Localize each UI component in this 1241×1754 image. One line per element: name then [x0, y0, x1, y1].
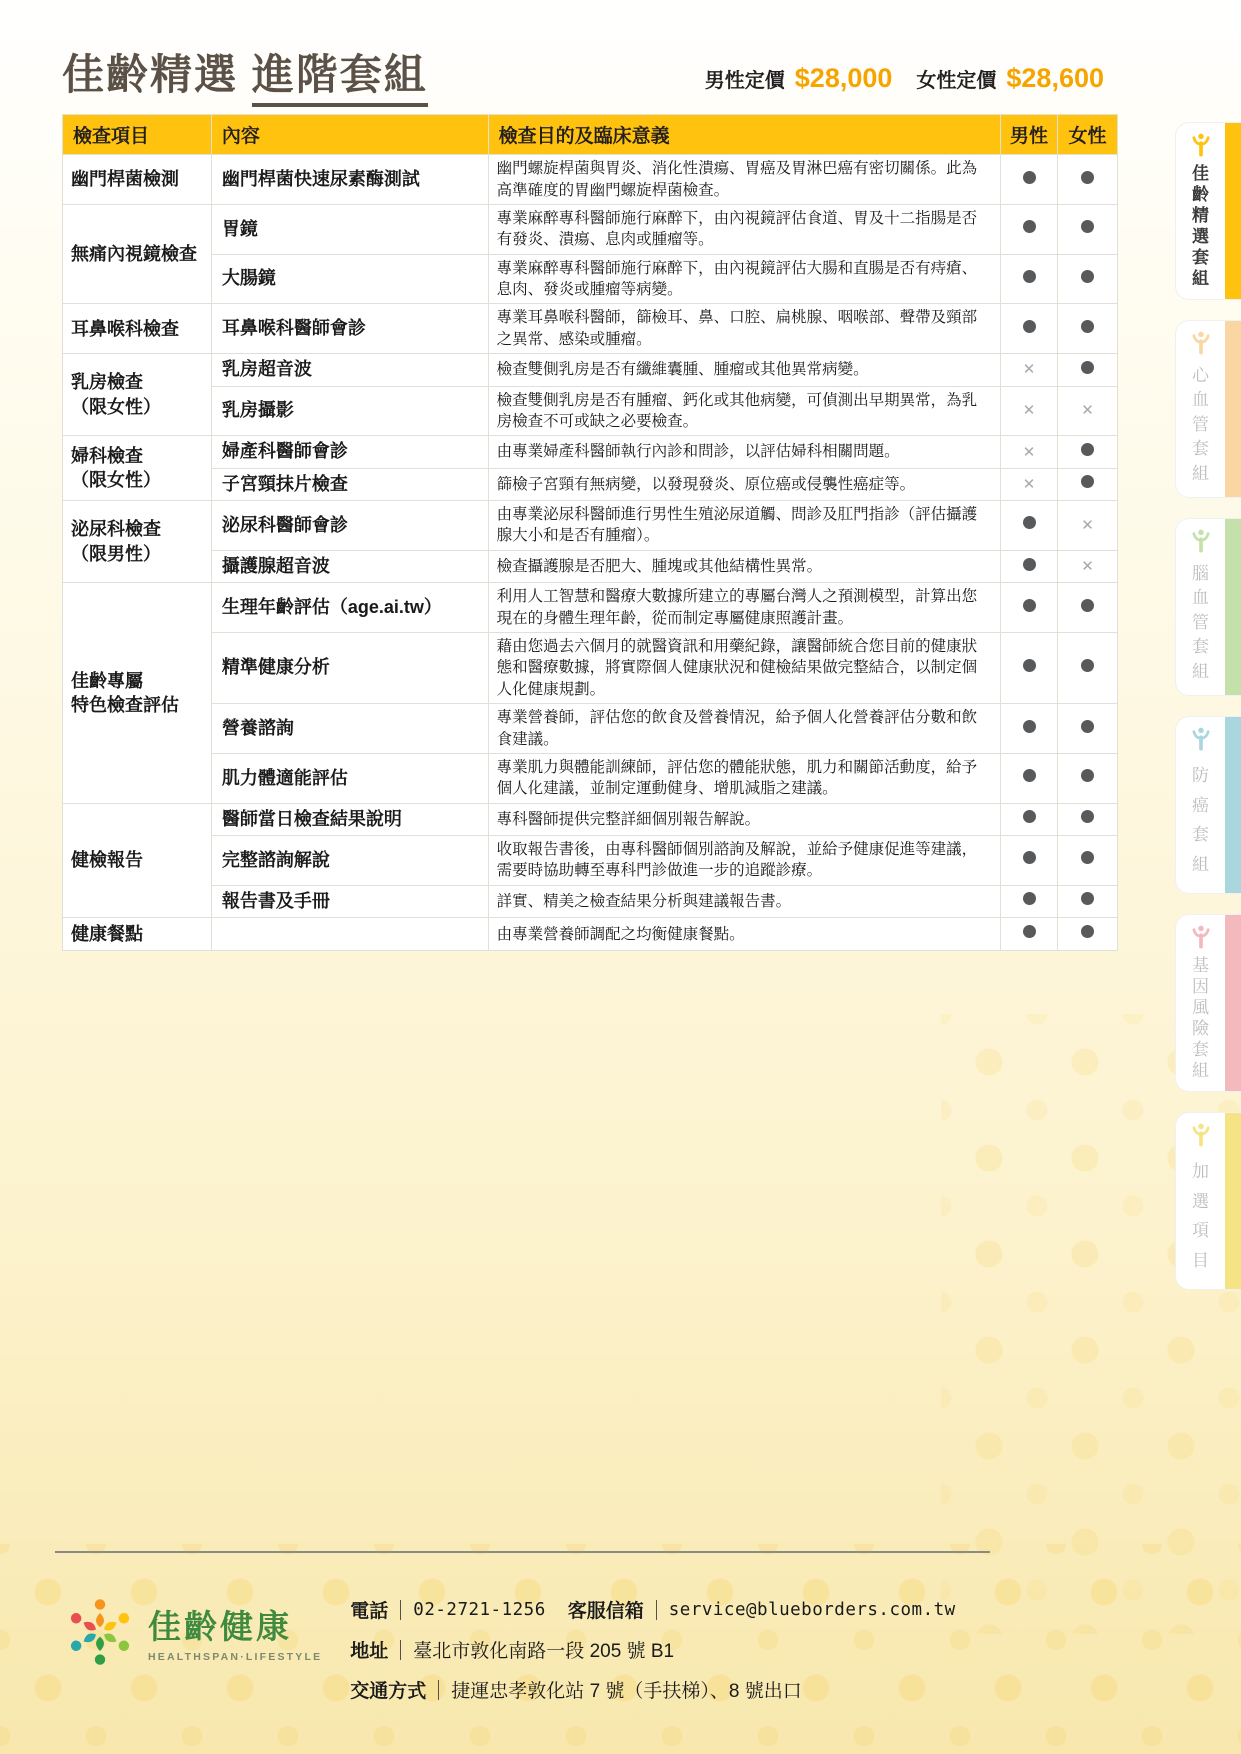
- item-name-cell: 精準健康分析: [211, 633, 488, 704]
- excluded-x-icon: ✕: [1081, 402, 1094, 419]
- item-desc-cell: 專業營養師，評估您的飲食及營養情況，給予個人化營養評估分數和飲食建議。: [488, 704, 1000, 754]
- included-dot-icon: [1023, 220, 1036, 233]
- sidebar-tab-2[interactable]: 心血管套組: [1175, 320, 1241, 498]
- item-name-cell: [211, 918, 488, 951]
- male-price-label: 男性定價: [705, 64, 785, 93]
- female-mark-cell: [1058, 304, 1118, 354]
- table-row: 子宮頸抹片檢查篩檢子宮頸有無病變，以發現發炎、原位癌或侵襲性癌症等。✕: [63, 468, 1118, 500]
- included-dot-icon: [1023, 892, 1036, 905]
- included-dot-icon: [1081, 475, 1094, 488]
- item-name-cell: 肌力體適能評估: [211, 753, 488, 803]
- item-desc-cell: 篩檢子宮頸有無病變，以發現發炎、原位癌或侵襲性癌症等。: [488, 468, 1000, 500]
- person-icon: [1190, 925, 1212, 949]
- female-mark-cell: [1058, 633, 1118, 704]
- tab-accent-bar: [1225, 123, 1241, 299]
- female-mark-cell: [1058, 704, 1118, 754]
- item-desc-cell: 幽門螺旋桿菌與胃炎、消化性潰瘍、胃癌及胃淋巴癌有密切關係。此為高準確度的胃幽門螺…: [488, 155, 1000, 205]
- table-row: 肌力體適能評估專業肌力與體能訓練師，評估您的體能狀態，肌力和關節活動度，給予個人…: [63, 753, 1118, 803]
- table-row: 報告書及手冊詳實、精美之檢查結果分析與建議報告書。: [63, 885, 1118, 917]
- female-mark-cell: ✕: [1058, 386, 1118, 436]
- email-label: 客服信箱: [568, 1596, 644, 1623]
- item-desc-cell: 檢查雙側乳房是否有纖維囊腫、腫瘤或其他異常病變。: [488, 354, 1000, 386]
- excluded-x-icon: ✕: [1081, 558, 1094, 575]
- included-dot-icon: [1081, 810, 1094, 823]
- item-desc-cell: 由專業婦產科醫師執行內診和問診，以評估婦科相關問題。: [488, 436, 1000, 468]
- page-header: 佳齡精選 進階套組 男性定價 $28,000 女性定價 $28,600: [62, 52, 1118, 98]
- item-name-cell: 婦產科醫師會診: [211, 436, 488, 468]
- table-header-row: 檢查項目 內容 檢查目的及臨床意義 男性 女性: [63, 115, 1118, 155]
- item-desc-cell: 檢查雙側乳房是否有腫瘤、鈣化或其他病變，可偵測出早期異常，為乳房檢查不可或缺之必…: [488, 386, 1000, 436]
- item-desc-cell: 詳實、精美之檢查結果分析與建議報告書。: [488, 885, 1000, 917]
- people-circle-icon: [62, 1594, 138, 1670]
- item-desc-cell: 專業麻醉專科醫師施行麻醉下，由內視鏡評估大腸和直腸是否有痔瘡、息肉、發炎或腫瘤等…: [488, 254, 1000, 304]
- included-dot-icon: [1023, 659, 1036, 672]
- category-cell: 耳鼻喉科檢查: [63, 304, 212, 354]
- item-name-cell: 營養諮詢: [211, 704, 488, 754]
- female-mark-cell: ✕: [1058, 501, 1118, 551]
- table-row: 攝護腺超音波檢查攝護腺是否肥大、腫塊或其他結構性異常。✕: [63, 550, 1118, 582]
- item-name-cell: 醫師當日檢查結果說明: [211, 803, 488, 835]
- item-name-cell: 耳鼻喉科醫師會診: [211, 304, 488, 354]
- tab-accent-bar: [1225, 915, 1241, 1091]
- contact-phone-line: 電話 02-2721-1256 客服信箱 service@blueborders…: [350, 1596, 955, 1623]
- item-name-cell: 報告書及手冊: [211, 885, 488, 917]
- sidebar-tab-1[interactable]: 佳齡精選套組: [1175, 122, 1241, 300]
- tab-card: 腦血管套組: [1176, 519, 1225, 695]
- item-desc-cell: 藉由您過去六個月的就醫資訊和用藥紀錄，讓醫師統合您目前的健康狀態和醫療數據，將實…: [488, 633, 1000, 704]
- contact-address-line: 地址 臺北市敦化南路一段 205 號 B1: [350, 1636, 955, 1663]
- female-mark-cell: [1058, 354, 1118, 386]
- contact-info: 電話 02-2721-1256 客服信箱 service@blueborders…: [350, 1594, 955, 1703]
- item-name-cell: 泌尿科醫師會診: [211, 501, 488, 551]
- excluded-x-icon: ✕: [1081, 517, 1094, 534]
- male-mark-cell: [1001, 704, 1058, 754]
- male-mark-cell: [1001, 304, 1058, 354]
- table-row: 婦科檢查 （限女性）婦產科醫師會診由專業婦產科醫師執行內診和問診，以評估婦科相關…: [63, 436, 1118, 468]
- divider: [438, 1680, 439, 1700]
- person-icon: [1190, 133, 1212, 157]
- male-mark-cell: [1001, 918, 1058, 951]
- tab-card: 佳齡精選套組: [1176, 123, 1225, 299]
- tab-label: 佳齡精選套組: [1192, 161, 1209, 291]
- item-name-cell: 完整諮詢解說: [211, 836, 488, 886]
- included-dot-icon: [1023, 558, 1036, 571]
- tab-accent-bar: [1225, 519, 1241, 695]
- table-row: 健康餐點由專業營養師調配之均衡健康餐點。: [63, 918, 1118, 951]
- item-desc-cell: 專科醫師提供完整詳細個別報告解說。: [488, 803, 1000, 835]
- sidebar-tab-4[interactable]: 防癌套組: [1175, 716, 1241, 894]
- col-header-female: 女性: [1058, 115, 1118, 155]
- email-address[interactable]: service@blueborders.com.tw: [669, 1600, 956, 1620]
- included-dot-icon: [1023, 320, 1036, 333]
- tab-card: 心血管套組: [1176, 321, 1225, 497]
- table-row: 佳齡專屬 特色檢查評估生理年齡評估（age.ai.tw）利用人工智慧和醫療大數據…: [63, 583, 1118, 633]
- item-name-cell: 子宮頸抹片檢查: [211, 468, 488, 500]
- tab-label: 基因風險套組: [1192, 953, 1209, 1083]
- included-dot-icon: [1081, 659, 1094, 672]
- col-header-purpose: 檢查目的及臨床意義: [488, 115, 1000, 155]
- female-mark-cell: [1058, 753, 1118, 803]
- included-dot-icon: [1081, 270, 1094, 283]
- male-mark-cell: ✕: [1001, 354, 1058, 386]
- price-block: 男性定價 $28,000 女性定價 $28,600: [705, 63, 1118, 98]
- person-icon: [1190, 1123, 1212, 1147]
- category-cell: 乳房檢查 （限女性）: [63, 354, 212, 436]
- table-row: 精準健康分析藉由您過去六個月的就醫資訊和用藥紀錄，讓醫師統合您目前的健康狀態和醫…: [63, 633, 1118, 704]
- category-cell: 幽門桿菌檢測: [63, 155, 212, 205]
- divider: [400, 1600, 401, 1620]
- included-dot-icon: [1023, 769, 1036, 782]
- address-value: 臺北市敦化南路一段 205 號 B1: [413, 1636, 674, 1663]
- footer-divider: [55, 1551, 990, 1553]
- male-mark-cell: [1001, 155, 1058, 205]
- included-dot-icon: [1081, 892, 1094, 905]
- item-name-cell: 生理年齡評估（age.ai.tw）: [211, 583, 488, 633]
- page-title: 佳齡精選 進階套組: [62, 52, 428, 98]
- category-cell: 健康餐點: [63, 918, 212, 951]
- tab-accent-bar: [1225, 1113, 1241, 1289]
- col-header-content: 內容: [211, 115, 488, 155]
- female-mark-cell: [1058, 254, 1118, 304]
- footer: 佳齡健康 HEALTHSPAN·LIFESTYLE 電話 02-2721-125…: [62, 1594, 1062, 1703]
- included-dot-icon: [1081, 361, 1094, 374]
- sidebar: 佳齡精選套組 心血管套組 腦血管套組 防癌套組 基因風險套組 加選項目: [1175, 122, 1241, 1290]
- male-mark-cell: [1001, 803, 1058, 835]
- included-dot-icon: [1081, 320, 1094, 333]
- table-row: 完整諮詢解說收取報告書後，由專科醫師個別諮詢及解說，並給予健康促進等建議，需要時…: [63, 836, 1118, 886]
- male-mark-cell: [1001, 204, 1058, 254]
- female-mark-cell: [1058, 583, 1118, 633]
- female-price-label: 女性定價: [916, 64, 996, 93]
- brochure-page: 佳齡精選 進階套組 男性定價 $28,000 女性定價 $28,600 檢查項目…: [0, 0, 1241, 1754]
- male-mark-cell: [1001, 550, 1058, 582]
- male-price-value: $28,000: [795, 63, 893, 94]
- excluded-x-icon: ✕: [1023, 476, 1036, 493]
- transport-label: 交通方式: [350, 1676, 426, 1703]
- phone-label: 電話: [350, 1596, 388, 1623]
- female-mark-cell: [1058, 803, 1118, 835]
- sidebar-tab-5[interactable]: 基因風險套組: [1175, 914, 1241, 1092]
- item-desc-cell: 收取報告書後，由專科醫師個別諮詢及解說，並給予健康促進等建議，需要時協助轉至專科…: [488, 836, 1000, 886]
- item-desc-cell: 檢查攝護腺是否肥大、腫塊或其他結構性異常。: [488, 550, 1000, 582]
- included-dot-icon: [1081, 925, 1094, 938]
- tab-accent-bar: [1225, 717, 1241, 893]
- table-row: 大腸鏡專業麻醉專科醫師施行麻醉下，由內視鏡評估大腸和直腸是否有痔瘡、息肉、發炎或…: [63, 254, 1118, 304]
- table-row: 無痛內視鏡檢查胃鏡專業麻醉專科醫師施行麻醉下，由內視鏡評估食道、胃及十二指腸是否…: [63, 204, 1118, 254]
- divider: [656, 1600, 657, 1620]
- table-row: 乳房檢查 （限女性）乳房超音波檢查雙側乳房是否有纖維囊腫、腫瘤或其他異常病變。✕: [63, 354, 1118, 386]
- item-name-cell: 胃鏡: [211, 204, 488, 254]
- tab-label: 加選項目: [1192, 1151, 1209, 1281]
- item-desc-cell: 專業麻醉專科醫師施行麻醉下，由內視鏡評估食道、胃及十二指腸是否有發炎、潰瘍、息肉…: [488, 204, 1000, 254]
- included-dot-icon: [1023, 516, 1036, 529]
- tab-label: 腦血管套組: [1192, 557, 1209, 687]
- brand-logo: 佳齡健康 HEALTHSPAN·LIFESTYLE: [62, 1594, 322, 1670]
- male-mark-cell: ✕: [1001, 436, 1058, 468]
- title-sub: 進階套組: [252, 51, 428, 107]
- person-icon: [1190, 727, 1212, 751]
- included-dot-icon: [1081, 851, 1094, 864]
- male-mark-cell: [1001, 501, 1058, 551]
- col-header-item: 檢查項目: [63, 115, 212, 155]
- female-mark-cell: [1058, 836, 1118, 886]
- transport-value: 捷運忠孝敦化站 7 號（手扶梯）、8 號出口: [451, 1676, 801, 1703]
- person-icon: [1190, 529, 1212, 553]
- included-dot-icon: [1081, 599, 1094, 612]
- female-mark-cell: [1058, 204, 1118, 254]
- tab-label: 心血管套組: [1192, 359, 1209, 489]
- male-mark-cell: [1001, 885, 1058, 917]
- included-dot-icon: [1023, 720, 1036, 733]
- included-dot-icon: [1023, 810, 1036, 823]
- included-dot-icon: [1081, 769, 1094, 782]
- tab-card: 加選項目: [1176, 1113, 1225, 1289]
- included-dot-icon: [1081, 443, 1094, 456]
- included-dot-icon: [1023, 171, 1036, 184]
- table-row: 泌尿科檢查 （限男性）泌尿科醫師會診由專業泌尿科醫師進行男性生殖泌尿道觸、問診及…: [63, 501, 1118, 551]
- item-desc-cell: 由專業泌尿科醫師進行男性生殖泌尿道觸、問診及肛門指診（評估攝護腺大小和是否有腫瘤…: [488, 501, 1000, 551]
- brand-name: 佳齡健康: [148, 1601, 322, 1648]
- item-desc-cell: 專業耳鼻喉科醫師，篩檢耳、鼻、口腔、扁桃腺、咽喉部、聲帶及頸部之異常、感染或腫瘤…: [488, 304, 1000, 354]
- contact-transport-line: 交通方式 捷運忠孝敦化站 7 號（手扶梯）、8 號出口: [350, 1676, 955, 1703]
- item-desc-cell: 專業肌力與體能訓練師，評估您的體能狀態，肌力和關節活動度，給予個人化建議，並制定…: [488, 753, 1000, 803]
- category-cell: 無痛內視鏡檢查: [63, 204, 212, 304]
- address-label: 地址: [350, 1636, 388, 1663]
- category-cell: 佳齡專屬 特色檢查評估: [63, 583, 212, 803]
- male-mark-cell: [1001, 633, 1058, 704]
- item-name-cell: 攝護腺超音波: [211, 550, 488, 582]
- included-dot-icon: [1081, 220, 1094, 233]
- category-cell: 泌尿科檢查 （限男性）: [63, 501, 212, 583]
- category-cell: 婦科檢查 （限女性）: [63, 436, 212, 501]
- male-mark-cell: [1001, 836, 1058, 886]
- table-row: 乳房攝影檢查雙側乳房是否有腫瘤、鈣化或其他病變，可偵測出早期異常，為乳房檢查不可…: [63, 386, 1118, 436]
- female-mark-cell: ✕: [1058, 550, 1118, 582]
- female-mark-cell: [1058, 436, 1118, 468]
- table-row: 營養諮詢專業營養師，評估您的飲食及營養情況，給予個人化營養評估分數和飲食建議。: [63, 704, 1118, 754]
- excluded-x-icon: ✕: [1023, 402, 1036, 419]
- category-cell: 健檢報告: [63, 803, 212, 918]
- item-name-cell: 乳房攝影: [211, 386, 488, 436]
- male-mark-cell: [1001, 753, 1058, 803]
- female-mark-cell: [1058, 468, 1118, 500]
- included-dot-icon: [1023, 599, 1036, 612]
- male-mark-cell: ✕: [1001, 468, 1058, 500]
- item-desc-cell: 由專業營養師調配之均衡健康餐點。: [488, 918, 1000, 951]
- sidebar-tab-3[interactable]: 腦血管套組: [1175, 518, 1241, 696]
- included-dot-icon: [1081, 171, 1094, 184]
- phone-number: 02-2721-1256: [413, 1600, 545, 1620]
- excluded-x-icon: ✕: [1023, 361, 1036, 378]
- item-desc-cell: 利用人工智慧和醫療大數據所建立的專屬台灣人之預測模型，計算出您現在的身體生理年齡…: [488, 583, 1000, 633]
- sidebar-tab-6[interactable]: 加選項目: [1175, 1112, 1241, 1290]
- tab-label: 防癌套組: [1192, 755, 1209, 885]
- item-name-cell: 幽門桿菌快速尿素酶測試: [211, 155, 488, 205]
- male-mark-cell: [1001, 583, 1058, 633]
- included-dot-icon: [1023, 925, 1036, 938]
- female-price-value: $28,600: [1006, 63, 1104, 94]
- person-icon: [1190, 331, 1212, 355]
- tab-card: 基因風險套組: [1176, 915, 1225, 1091]
- table-row: 耳鼻喉科檢查耳鼻喉科醫師會診專業耳鼻喉科醫師，篩檢耳、鼻、口腔、扁桃腺、咽喉部、…: [63, 304, 1118, 354]
- tab-accent-bar: [1225, 321, 1241, 497]
- included-dot-icon: [1081, 720, 1094, 733]
- female-mark-cell: [1058, 155, 1118, 205]
- female-mark-cell: [1058, 918, 1118, 951]
- col-header-male: 男性: [1001, 115, 1058, 155]
- male-mark-cell: [1001, 254, 1058, 304]
- tab-card: 防癌套組: [1176, 717, 1225, 893]
- included-dot-icon: [1023, 851, 1036, 864]
- table-row: 幽門桿菌檢測幽門桿菌快速尿素酶測試幽門螺旋桿菌與胃炎、消化性潰瘍、胃癌及胃淋巴癌…: [63, 155, 1118, 205]
- divider: [400, 1640, 401, 1660]
- checkup-table: 檢查項目 內容 檢查目的及臨床意義 男性 女性 幽門桿菌檢測幽門桿菌快速尿素酶測…: [62, 114, 1118, 951]
- table-row: 健檢報告醫師當日檢查結果說明專科醫師提供完整詳細個別報告解說。: [63, 803, 1118, 835]
- excluded-x-icon: ✕: [1023, 444, 1036, 461]
- item-name-cell: 大腸鏡: [211, 254, 488, 304]
- male-mark-cell: ✕: [1001, 386, 1058, 436]
- item-name-cell: 乳房超音波: [211, 354, 488, 386]
- brand-tagline: HEALTHSPAN·LIFESTYLE: [148, 1651, 322, 1663]
- female-mark-cell: [1058, 885, 1118, 917]
- included-dot-icon: [1023, 270, 1036, 283]
- title-main: 佳齡精選: [62, 51, 238, 98]
